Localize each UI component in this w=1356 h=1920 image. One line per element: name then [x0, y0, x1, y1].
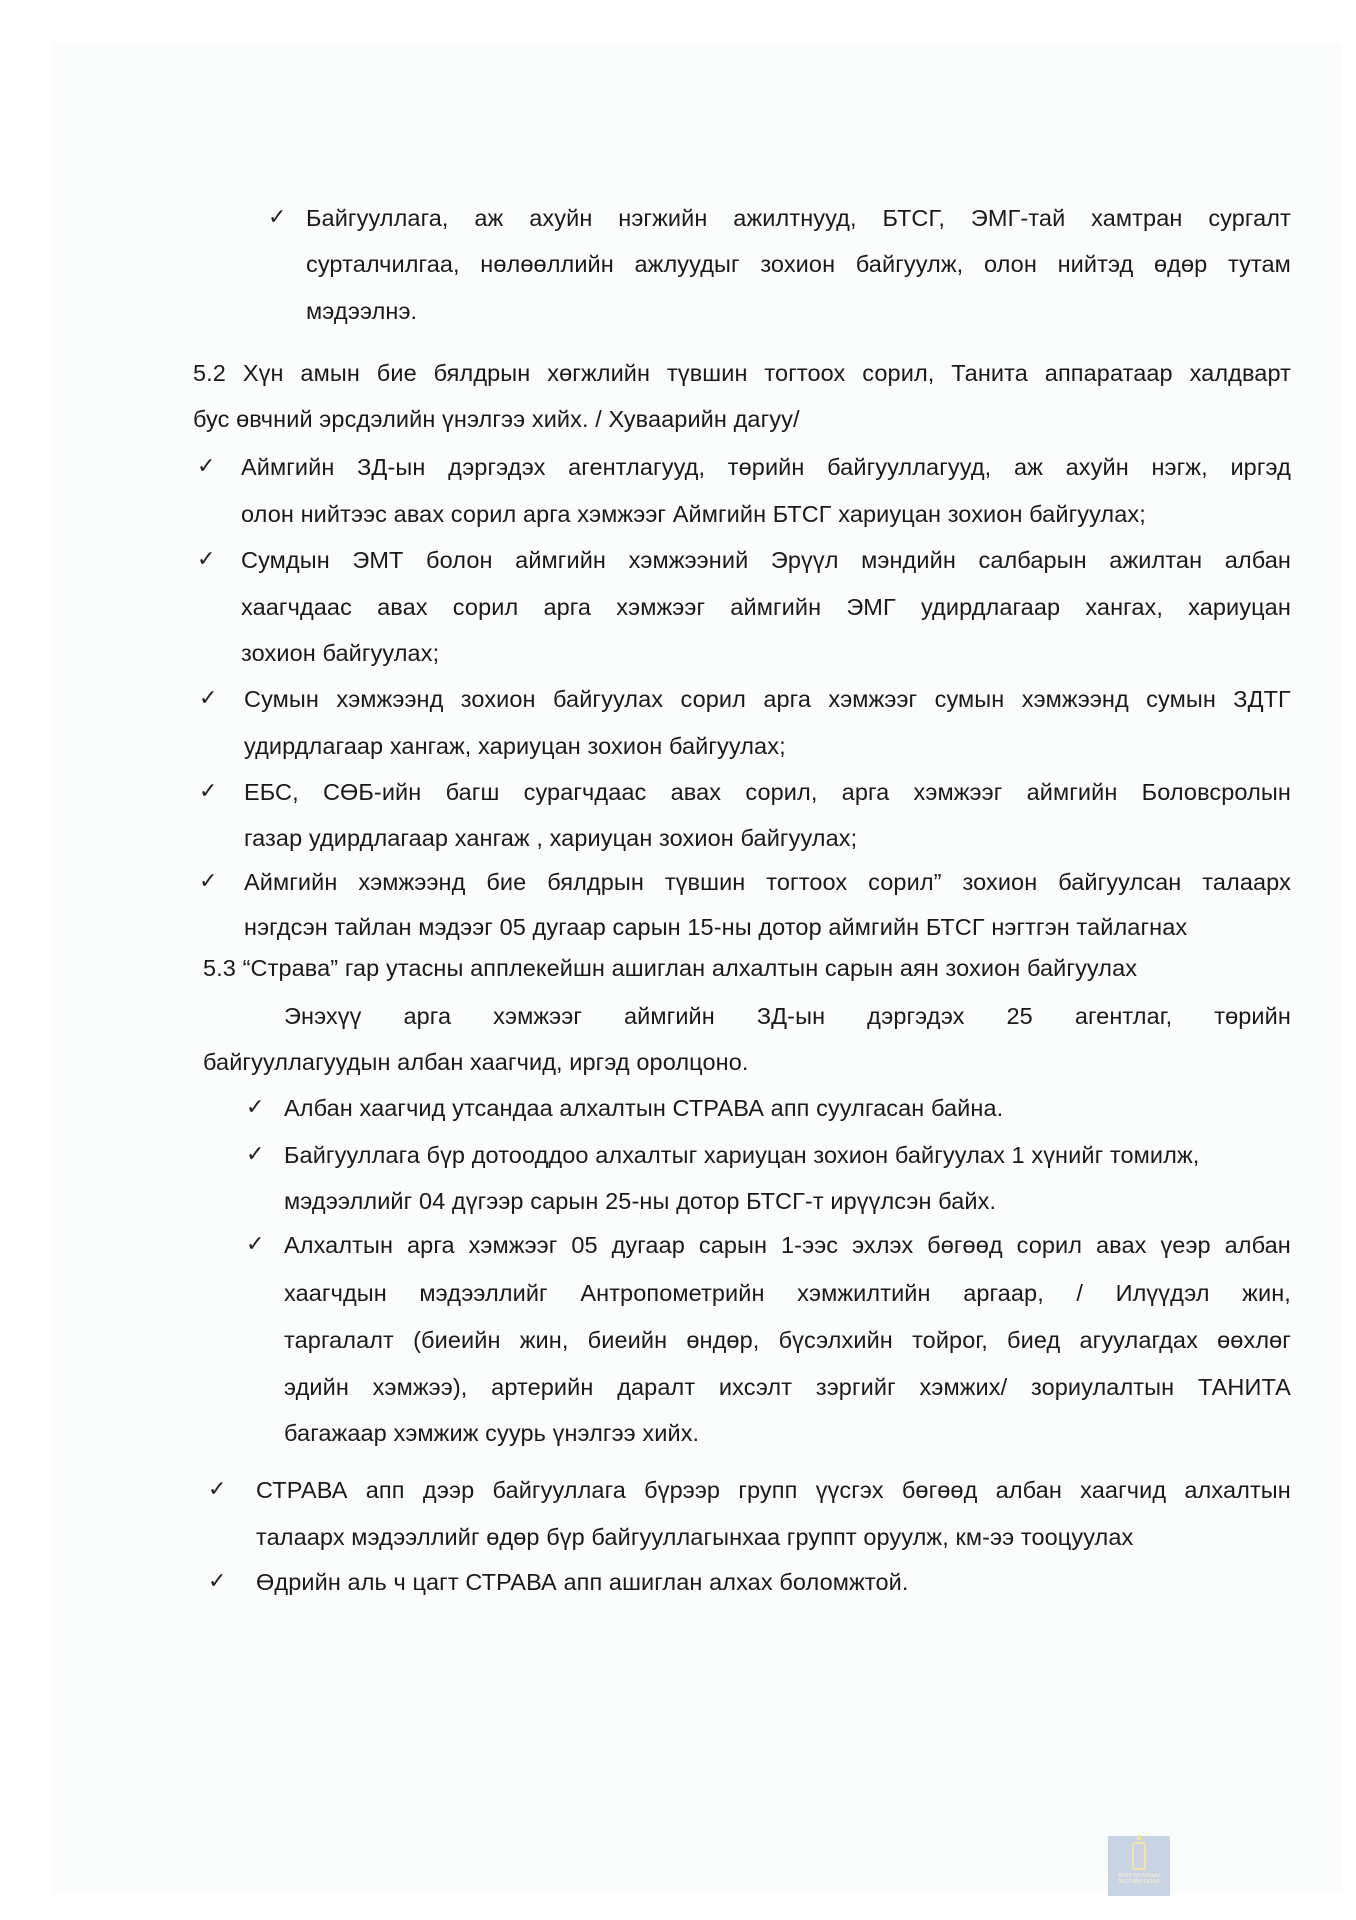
word: жин,	[520, 1325, 569, 1355]
word: бүрээр	[644, 1475, 720, 1505]
word: апп	[366, 1475, 405, 1505]
word: хариуцан	[1188, 592, 1291, 622]
word: сорил,	[745, 777, 817, 807]
word: хэмжээг	[828, 684, 917, 714]
word: тогтоох	[766, 867, 847, 897]
word: эдийн	[284, 1372, 349, 1402]
word: хаагчид	[1080, 1475, 1166, 1505]
word: хангах,	[1085, 592, 1163, 622]
word: Аймгийн	[244, 867, 337, 897]
word: биед	[1007, 1325, 1060, 1355]
word: албан	[1225, 1230, 1291, 1260]
s52-bullet-4-line-2: газар удирдлагаар хангаж , хариуцан зохи…	[244, 823, 857, 853]
word: өндөр,	[686, 1325, 759, 1355]
word: болон	[426, 545, 493, 575]
word: сурагчдаас	[524, 777, 647, 807]
word: дэргэдэх	[448, 452, 545, 482]
word: аж	[474, 203, 503, 233]
word: аймгийн	[1027, 777, 1118, 807]
word: тогтоох	[764, 358, 845, 388]
word: БТСГ,	[882, 203, 945, 233]
s53-outer-bullet-1-line-2: талаарх мэдээллийг өдөр бүр байгууллагын…	[256, 1522, 1133, 1552]
word: аймгийн	[515, 545, 606, 575]
word: арга	[763, 684, 811, 714]
word: түвшин	[667, 358, 748, 388]
s53-bullet-3-line-2: хаагчдынмэдээллийгАнтропометрийнхэмжилти…	[284, 1278, 1291, 1308]
word: амын	[300, 358, 360, 388]
s53-bullet-3-line-4: эдийнхэмжээ),артерийндаралтихсэлтзэргийг…	[284, 1372, 1291, 1402]
logo-caption-line-2: ЗАСГИЙН ГАЗАР	[1118, 1879, 1160, 1885]
s52-bullet-3-line-2: удирдлагаар хангаж, хариуцан зохион байг…	[244, 731, 786, 761]
word: төрийн	[728, 452, 805, 482]
word: Антропометрийн	[580, 1278, 764, 1308]
word: групп	[738, 1475, 797, 1505]
word: эхлэх	[852, 1230, 913, 1260]
word: биеийн	[588, 1325, 668, 1355]
word: багш	[446, 777, 500, 807]
word: үеэр	[1160, 1230, 1210, 1260]
word: сорил	[453, 592, 519, 622]
word: аймгийн	[624, 1001, 715, 1031]
word: мэндийн	[861, 545, 956, 575]
word: авах	[671, 777, 722, 807]
logo-caption: МОНГОЛ УЛСЫН ЗАСГИЙН ГАЗАР	[1118, 1873, 1160, 1885]
word: Энэхүү	[284, 1001, 361, 1031]
word: бялдрын	[434, 358, 531, 388]
word: сумын	[935, 684, 1005, 714]
word: хэмжилтийн	[797, 1278, 930, 1308]
word: салбарын	[978, 545, 1086, 575]
word: ЭМГ	[846, 592, 896, 622]
word: байгууллага	[493, 1475, 626, 1505]
word: Байгууллага,	[306, 203, 449, 233]
section-5-3-intro-line-2: байгууллагуудын албан хаагчид, иргэд оро…	[203, 1047, 749, 1077]
word: аппаратаар	[1045, 358, 1173, 388]
word: арга	[407, 1230, 455, 1260]
word: бие	[486, 867, 526, 897]
word: дэргэдэх	[867, 1001, 964, 1031]
word: мэдээллийг	[419, 1278, 547, 1308]
word: хэмжээнд	[358, 867, 465, 897]
s53-bullet-2-line-2: мэдээллийг 04 дүгээр сарын 25-ны дотор Б…	[284, 1186, 996, 1216]
checkmark-icon: ✓	[246, 1093, 264, 1123]
word: байгуулсан	[1058, 867, 1181, 897]
word: даралт	[617, 1372, 695, 1402]
word: ЗД-ын	[757, 1001, 825, 1031]
word: талаарх	[1202, 867, 1291, 897]
word: ахуйн	[1066, 452, 1129, 482]
word: тойрог,	[912, 1325, 988, 1355]
government-logo: МОНГОЛ УЛСЫН ЗАСГИЙН ГАЗАР	[1108, 1836, 1170, 1896]
word: хаагчдаас	[241, 592, 352, 622]
word: ЭМТ	[352, 545, 403, 575]
word: төрийн	[1214, 1001, 1291, 1031]
word: ажилтнууд,	[733, 203, 856, 233]
word: ихсэлт	[719, 1372, 792, 1402]
word: аргаар,	[963, 1278, 1044, 1308]
word: хаагчдын	[284, 1278, 387, 1308]
word: бүсэлхийн	[779, 1325, 893, 1355]
word: зохион	[962, 867, 1037, 897]
word: Сумдын	[241, 545, 330, 575]
word: зориулалтын	[1031, 1372, 1174, 1402]
word: ЗДТГ	[1233, 684, 1291, 714]
word: артерийн	[491, 1372, 593, 1402]
faint-stamp-mark	[1190, 1755, 1280, 1795]
word: агентлаг,	[1075, 1001, 1172, 1031]
word: хэмжээ),	[373, 1372, 468, 1402]
word: ажилтан	[1109, 545, 1202, 575]
word: хэмжээг	[469, 1230, 558, 1260]
word: байгуулж,	[856, 249, 964, 279]
word: 1-ээс	[781, 1230, 838, 1260]
word: нөлөөллийн	[480, 249, 614, 279]
word: сурталчилгаа,	[306, 249, 460, 279]
word: бие	[377, 358, 417, 388]
word: сорил	[680, 684, 746, 714]
word: бөгөөд	[927, 1230, 1003, 1260]
word: үүсгэх	[816, 1475, 884, 1505]
word: тутам	[1228, 249, 1291, 279]
word: Илүүдэл	[1116, 1278, 1210, 1308]
intro-bullet-line-3: мэдээлнэ.	[306, 296, 417, 326]
word: олон	[984, 249, 1037, 279]
soyombo-emblem-icon	[1132, 1842, 1146, 1870]
word: хэмжих/	[920, 1372, 1008, 1402]
word: зэргийг	[816, 1372, 896, 1402]
word: зохион	[461, 684, 536, 714]
word: зохион	[760, 249, 835, 279]
section-5-3-heading: 5.3 “Страва” гар утасны апплекейшн ашигл…	[203, 953, 1137, 983]
s52-bullet-5-line-2: нэгдсэн тайлан мэдээг 05 дугаар сарын 15…	[244, 912, 1187, 942]
word: СТРАВА	[256, 1475, 348, 1505]
word: Боловсролын	[1142, 777, 1291, 807]
word: бөгөөд	[902, 1475, 978, 1505]
word: өөхлөг	[1217, 1325, 1291, 1355]
word: нийтэд	[1058, 249, 1134, 279]
s52-bullet-1-line-2: олон нийтээс авах сорил арга хэмжээг Айм…	[241, 499, 1146, 529]
s52-bullet-2-line-2: хаагчдаасавахсориларгахэмжээгаймгийнЭМГу…	[241, 592, 1291, 622]
word: ЕБС,	[244, 777, 299, 807]
word: хэмжээг	[914, 777, 1003, 807]
word: сорил”	[868, 867, 941, 897]
s52-bullet-4-line-1: ЕБС,СӨБ-ийнбагшсурагчдаасавахсорил,аргах…	[244, 777, 1291, 807]
checkmark-icon: ✓	[199, 867, 217, 897]
checkmark-icon: ✓	[246, 1140, 264, 1170]
word: алхалтын	[1184, 1475, 1290, 1505]
word: арга	[842, 777, 890, 807]
s53-bullet-2-line-1: Байгууллага бүр дотооддоо алхалтыг хариу…	[284, 1140, 1199, 1170]
word: хэмжээг	[493, 1001, 582, 1031]
word: Хүн	[243, 358, 284, 388]
s52-bullet-2-line-1: СумдынЭМТболонаймгийнхэмжээнийЭрүүлмэнди…	[241, 545, 1291, 575]
word: 05	[571, 1230, 597, 1260]
intro-bullet-line-1: Байгууллага,ажахуйннэгжийнажилтнууд,БТСГ…	[306, 203, 1291, 233]
word: сорил,	[862, 358, 934, 388]
word: арга	[403, 1001, 451, 1031]
s53-bullet-1-line-1: Албан хаагчид утсандаа алхалтын СТРАВА а…	[284, 1093, 1003, 1123]
word: өдөр	[1154, 249, 1207, 279]
word: байгууллагууд,	[827, 452, 991, 482]
s52-bullet-1-line-1: АймгийнЗД-ындэргэдэхагентлагууд,төрийнба…	[241, 452, 1291, 482]
word: удирдлагаар	[921, 592, 1060, 622]
checkmark-icon: ✓	[199, 777, 217, 807]
word: ЗД-ын	[357, 452, 425, 482]
checkmark-icon: ✓	[197, 545, 215, 575]
word: Сумын	[244, 684, 319, 714]
word: нэгж,	[1151, 452, 1207, 482]
word: хэмжээний	[629, 545, 749, 575]
word: авах	[1096, 1230, 1147, 1260]
word: хөгжлийн	[547, 358, 650, 388]
checkmark-icon: ✓	[268, 203, 286, 233]
word: аймгийн	[730, 592, 821, 622]
word: хэмжээнд	[1022, 684, 1129, 714]
s52-bullet-2-line-3: зохион байгуулах;	[241, 638, 439, 668]
word: бялдрын	[547, 867, 644, 897]
word: Эрүүл	[771, 545, 839, 575]
word: Танита	[951, 358, 1028, 388]
word: халдварт	[1190, 358, 1291, 388]
word: ЭМГ-тай	[971, 203, 1065, 233]
checkmark-icon: ✓	[208, 1567, 226, 1597]
s53-bullet-3-line-1: Алхалтынаргахэмжээг05дугаарсарын1-ээсэхл…	[284, 1230, 1291, 1260]
word: арга	[543, 592, 591, 622]
intro-bullet-line-2: сурталчилгаа,нөлөөллийнажлуудыгзохионбай…	[306, 249, 1291, 279]
word: агуулагдах	[1079, 1325, 1197, 1355]
s53-outer-bullet-2-line-1: Өдрийн аль ч цагт СТРАВА апп ашиглан алх…	[256, 1567, 908, 1597]
word: агентлагууд,	[568, 452, 705, 482]
word: байгуулах	[553, 684, 663, 714]
word: нэгжийн	[618, 203, 707, 233]
s52-bullet-5-line-1: Аймгийнхэмжээндбиебялдрынтүвшинтогтоохсо…	[244, 867, 1291, 897]
word: /	[1076, 1278, 1083, 1308]
s53-bullet-3-line-5: багажаар хэмжиж суурь үнэлгээ хийх.	[284, 1418, 699, 1448]
word: ТАНИТА	[1198, 1372, 1291, 1402]
word: Алхалтын	[284, 1230, 393, 1260]
checkmark-icon: ✓	[197, 452, 215, 482]
word: хамтран	[1091, 203, 1182, 233]
s53-outer-bullet-1-line-1: СТРАВАаппдээрбайгууллагабүрээргруппүүсгэ…	[256, 1475, 1291, 1505]
word: СӨБ-ийн	[323, 777, 421, 807]
checkmark-icon: ✓	[208, 1475, 226, 1505]
word: дээр	[423, 1475, 474, 1505]
word: сарын	[699, 1230, 767, 1260]
word: албан	[996, 1475, 1062, 1505]
word: Аймгийн	[241, 452, 334, 482]
word: иргэд	[1230, 452, 1290, 482]
word: хэмжээнд	[336, 684, 443, 714]
section-5-3-intro-line-1: ЭнэхүүаргахэмжээгаймгийнЗД-ындэргэдэх25а…	[284, 1001, 1291, 1031]
word: түвшин	[665, 867, 746, 897]
word: албан	[1225, 545, 1291, 575]
word: (биеийн	[413, 1325, 500, 1355]
word: 5.2	[193, 358, 226, 388]
word: ажлуудыг	[634, 249, 739, 279]
word: ахуйн	[529, 203, 592, 233]
s52-bullet-3-line-1: Сумынхэмжээндзохионбайгуулахсориларгахэм…	[244, 684, 1291, 714]
word: аж	[1014, 452, 1043, 482]
word: дугаар	[612, 1230, 685, 1260]
word: сорил	[1017, 1230, 1083, 1260]
word: сумын	[1146, 684, 1216, 714]
word: жин,	[1242, 1278, 1291, 1308]
word: сургалт	[1208, 203, 1291, 233]
word: авах	[377, 592, 428, 622]
checkmark-icon: ✓	[246, 1230, 264, 1260]
word: таргалалт	[284, 1325, 394, 1355]
section-5-2-heading-line-2: бус өвчний эрсдэлийн үнэлгээ хийх. / Хув…	[193, 404, 800, 434]
checkmark-icon: ✓	[199, 684, 217, 714]
section-5-2-heading-line-1: 5.2Хүнамынбиебялдрынхөгжлийнтүвшинтогтоо…	[193, 358, 1291, 388]
word: 25	[1007, 1001, 1033, 1031]
word: хэмжээг	[616, 592, 705, 622]
s53-bullet-3-line-3: таргалалт(биеийнжин,биеийнөндөр,бүсэлхий…	[284, 1325, 1291, 1355]
